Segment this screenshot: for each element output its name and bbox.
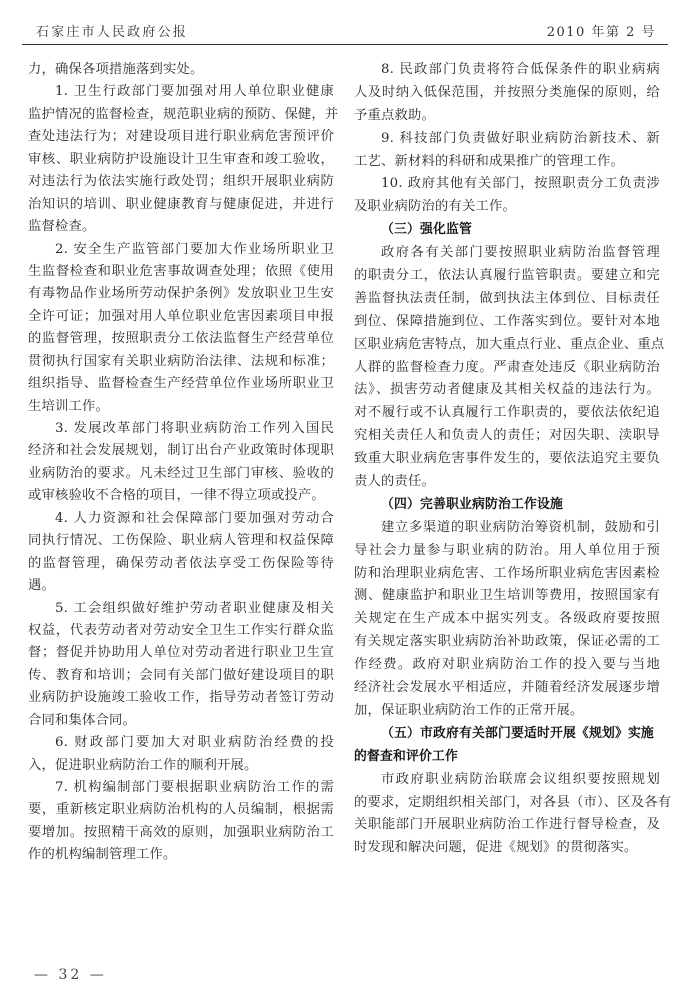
text-line: 贯彻执行国家有关职业病防治法律、法规和标准；	[28, 351, 334, 373]
text-line: 业病防护设施竣工验收工作，指导劳动者签订劳动	[28, 687, 334, 709]
text-line: 市政府职业病防治联席会议组织要按照规划	[354, 769, 660, 792]
text-line: 查处违法行为；对建设项目进行职业病危害预评价	[28, 126, 334, 148]
section-heading: （三）强化监管	[354, 219, 660, 242]
text-line: 的监督管理，确保劳动者依法享受工伤保险等待	[28, 553, 334, 575]
text-line: 监督检查。	[28, 216, 334, 238]
text-line: 加，保证职业病防治工作的正常开展。	[354, 700, 660, 723]
text-line: 作经费。政府对职业病防治工作的投入要与当地	[354, 654, 660, 677]
text-line: 政府各有关部门要按照职业病防治监督管理	[354, 242, 660, 265]
text-line: 权益，代表劳动者对劳动安全卫生工作实行群众监	[28, 620, 334, 642]
text-line: 导社会力量参与职业病的防治。用人单位用于预	[354, 540, 660, 563]
text-line: 时发现和解决问题，促进《规划》的贯彻落实。	[354, 837, 660, 860]
text-line: 的监督管理，按照职责分工依法监督生产经营单位	[28, 328, 334, 350]
text-line: 对不履行或不认真履行工作职责的，要依法依纪追	[354, 402, 660, 425]
section-heading: （五）市政府有关部门要适时开展《规划》实施	[354, 723, 660, 746]
text-line: 9. 科技部门负责做好职业病防治新技术、新	[354, 128, 660, 151]
page-header: 石家庄市人民政府公报 2010 年第 2 号	[22, 18, 668, 45]
text-line: 经济社会发展水平相适应，并随着经济发展逐步增	[354, 677, 660, 700]
text-line: 作的机构编制管理工作。	[28, 844, 334, 866]
text-line: 善监督执法责任制，做到执法主体到位、目标责任	[354, 288, 660, 311]
text-line: 5. 工会组织做好维护劳动者职业健康及相关	[28, 598, 334, 620]
text-line: 同执行情况、工伤保险、职业病人管理和权益保障	[28, 530, 334, 552]
text-line: 10. 政府其他有关部门，按照职责分工负责涉	[354, 173, 660, 196]
text-line: 防和治理职业病危害、工作场所职业病危害因素检	[354, 563, 660, 586]
text-line: 治知识的培训、职业健康教育与健康促进，并进行	[28, 194, 334, 216]
text-line: 3. 发展改革部门将职业病防治工作列入国民	[28, 418, 334, 440]
text-line: 经济和社会发展规划，制订出台产业政策时体现职	[28, 440, 334, 462]
text-line: 工艺、新材料的科研和成果推广的管理工作。	[354, 151, 660, 174]
text-line: 要增加。按照精干高效的原则，加强职业病防治工	[28, 822, 334, 844]
text-line: 要，重新核定职业病防治机构的人员编制，根据需	[28, 799, 334, 821]
text-line: 4. 人力资源和社会保障部门要加强对劳动合	[28, 508, 334, 530]
text-line: 的职责分工，依法认真履行监管职责。要建立和完	[354, 265, 660, 288]
text-line: 人及时纳入低保范围，并按照分类施保的原则，给	[354, 82, 660, 105]
text-line: 合同和集体合同。	[28, 710, 334, 732]
text-line: 全许可证；加强对用人单位职业危害因素项目申报	[28, 306, 334, 328]
text-line: 及职业病防治的有关工作。	[354, 196, 660, 219]
text-line: 区职业病危害特点，加大重点行业、重点企业、重点	[354, 334, 660, 357]
text-line: 关职能部门开展职业病防治工作进行督导检查，及	[354, 814, 660, 837]
text-line: 致重大职业病危害事件发生的，要依法追究主要负	[354, 448, 660, 471]
text-line: 1. 卫生行政部门要加强对用人单位职业健康	[28, 81, 334, 103]
text-line: 业病防治的要求。凡未经过卫生部门审核、验收的	[28, 463, 334, 485]
text-line: 入，促进职业病防治工作的顺利开展。	[28, 755, 334, 777]
text-line: 关规定在生产成本中据实列支。各级政府要按照	[354, 608, 660, 631]
issue-number: 2010 年第 2 号	[547, 21, 656, 40]
text-line: 予重点救助。	[354, 105, 660, 128]
text-line: 人群的监督检查力度。严肃查处违反《职业病防治	[354, 357, 660, 380]
text-line: 审核、职业病防护设施设计卫生审查和竣工验收，	[28, 149, 334, 171]
text-line: 责人的责任。	[354, 471, 660, 494]
text-line: 生培训工作。	[28, 396, 334, 418]
text-line: 的要求，定期组织相关部门，对各县（市）、区及各有	[354, 792, 660, 815]
text-line: 究相关责任人和负责人的责任；对因失职、渎职导	[354, 425, 660, 448]
text-line: 传、教育和培训；会同有关部门做好建设项目的职	[28, 665, 334, 687]
publication-title: 石家庄市人民政府公报	[36, 21, 188, 40]
text-line: 法》、损害劳动者健康及其相关权益的违法行为。	[354, 379, 660, 402]
text-line: 对违法行为依法实施行政处罚；组织开展职业病防	[28, 171, 334, 193]
section-heading: 的督查和评价工作	[354, 746, 660, 769]
text-line: 组织指导、监督检查生产经营单位作业场所职业卫	[28, 373, 334, 395]
text-line: 或审核验收不合格的项目，一律不得立项或投产。	[28, 485, 334, 507]
text-line: 有毒物品作业场所劳动保护条例》发放职业卫生安	[28, 283, 334, 305]
left-column: 力，确保各项措施落到实处。1. 卫生行政部门要加强对用人单位职业健康监护情况的监…	[28, 59, 334, 867]
text-line: 6. 财政部门要加大对职业病防治经费的投	[28, 732, 334, 754]
text-line: 建立多渠道的职业病防治筹资机制，鼓励和引	[354, 517, 660, 540]
text-line: 2. 安全生产监管部门要加大作业场所职业卫	[28, 239, 334, 261]
text-line: 督；督促并协助用人单位对劳动者进行职业卫生宣	[28, 642, 334, 664]
text-line: 测、健康监护和职业卫生培训等费用，按照国家有	[354, 585, 660, 608]
text-line: 监护情况的监督检查，规范职业病的预防、保健，并	[28, 104, 334, 126]
text-line: 8. 民政部门负责将符合低保条件的职业病病	[354, 59, 660, 82]
text-line: 力，确保各项措施落到实处。	[28, 59, 334, 81]
text-line: 有关规定落实职业病防治补助政策，保证必需的工	[354, 631, 660, 654]
section-heading: （四）完善职业病防治工作设施	[354, 494, 660, 517]
text-line: 7. 机构编制部门要根据职业病防治工作的需	[28, 777, 334, 799]
page-number: — 32 —	[34, 967, 107, 983]
text-line: 生监督检查和职业危害事故调查处理；依照《使用	[28, 261, 334, 283]
text-line: 遇。	[28, 575, 334, 597]
right-column: 8. 民政部门负责将符合低保条件的职业病病人及时纳入低保范围，并按照分类施保的原…	[354, 59, 660, 860]
text-line: 到位、保障措施到位、工作落实到位。要针对本地	[354, 311, 660, 334]
